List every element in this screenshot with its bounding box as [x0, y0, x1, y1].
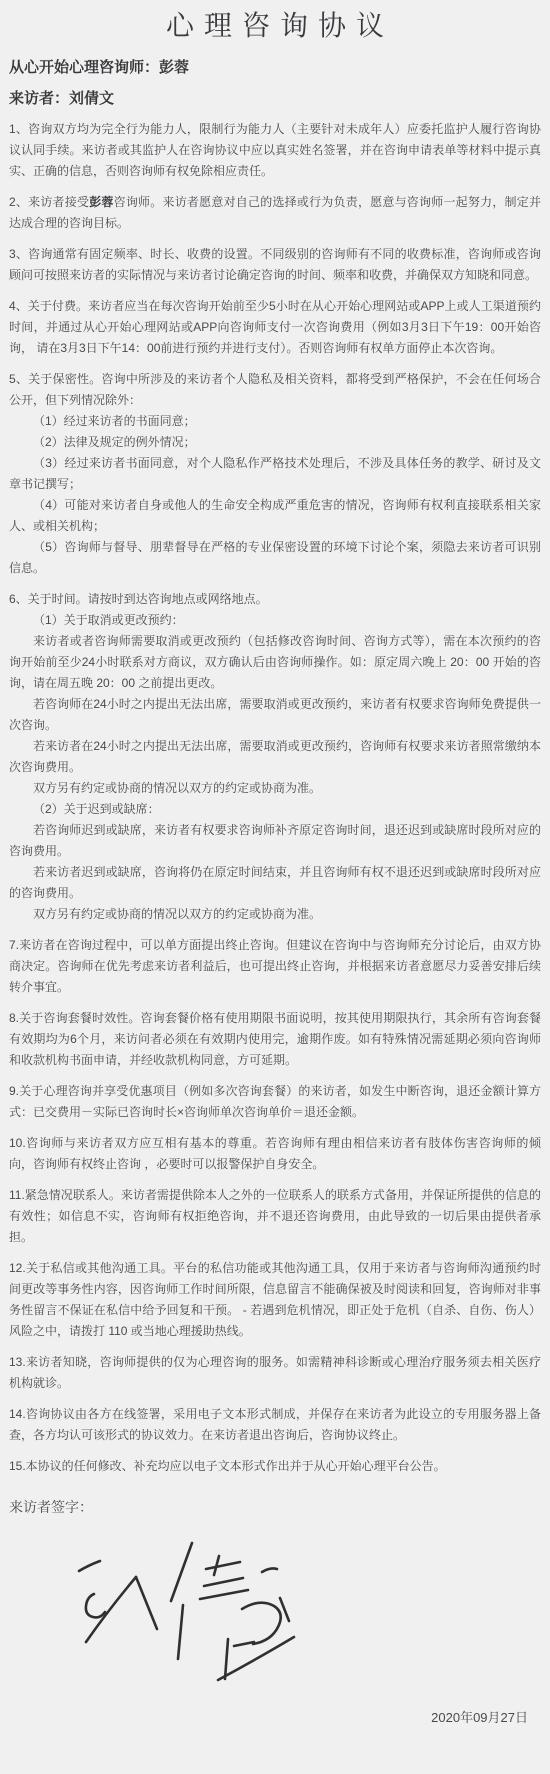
agreement-subclause: （1）经过来访者的书面同意；	[9, 411, 541, 432]
counselor-line: 从心开始心理咨询师：彭蓉	[9, 58, 541, 78]
agreement-subclause: 若咨询师在24小时之内提出无法出席，需要取消或更改预约，来访者有权要求咨询师免费…	[9, 694, 541, 736]
agreement-subclause: （3）经过来访者书面同意，对个人隐私作严格技术处理后，不涉及具体任务的教学、研讨…	[9, 453, 541, 495]
agreement-clause: 14.咨询协议由各方在线签署，采用电子文本形式制成，并保存在来访者为此设立的专用…	[9, 1404, 541, 1446]
agreement-document: 心理咨询协议 从心开始心理咨询师：彭蓉 来访者：刘倩文 1、咨询双方均为完全行为…	[0, 0, 550, 1774]
agreement-clause: 2、来访者接受彭蓉咨询师。来访者愿意对自己的选择或行为负责，愿意与咨询师一起努力…	[9, 192, 541, 234]
agreement-subclause: 双方另有约定或协商的情况以双方的约定或协商为准。	[9, 904, 541, 925]
agreement-subclause: （5）咨询师与督导、朋辈督导在严格的专业保密设置的环境下讨论个案，须隐去来访者可…	[9, 537, 541, 579]
agreement-clause: 1、咨询双方均为完全行为能力人，限制行为能力人（主要针对未成年人）应委托监护人履…	[9, 119, 541, 182]
agreement-clause: 13.来访者知晓，咨询师提供的仅为心理咨询的服务。如需精神科诊断或心理治疗服务须…	[9, 1352, 541, 1394]
agreement-clause: 9.关于心理咨询并享受优惠项目（例如多次咨询套餐）的来访者，如发生中断咨询，退还…	[9, 1081, 541, 1123]
agreement-clause: 6、关于时间。请按时到达咨询地点或网络地点。	[9, 589, 541, 610]
agreement-subclause: （2）法律及规定的例外情况；	[9, 432, 541, 453]
agreement-clause: 11.紧急情况联系人。来访者需提供除本人之外的一位联系人的联系方式备用，并保证所…	[9, 1185, 541, 1248]
agreement-clause: 7.来访者在咨询过程中，可以单方面提出终止咨询。但建议在咨询中与咨询师充分讨论后…	[9, 935, 541, 998]
agreement-clause: 10.咨询师与来访者双方应互相有基本的尊重。若咨询师有理由相信来访者有肢体伤害咨…	[9, 1133, 541, 1175]
handwritten-signature-scribble	[61, 1527, 321, 1695]
signature-label: 来访者签字：	[9, 1497, 541, 1517]
agreement-subclause: （4）可能对来访者自身或他人的生命安全构成严重危害的情况，咨询师有权利直接联系相…	[9, 495, 541, 537]
visitor-line: 来访者：刘倩文	[9, 89, 541, 109]
agreement-clause: 15.本协议的任何修改、补充均应以电子文本形式作出并于从心开始心理平台公告。	[9, 1456, 541, 1477]
agreement-body: 1、咨询双方均为完全行为能力人，限制行为能力人（主要针对未成年人）应委托监护人履…	[9, 119, 541, 1477]
agreement-subclause: 双方另有约定或协商的情况以双方的约定或协商为准。	[9, 778, 541, 799]
signature-date: 2020年09月27日	[9, 1709, 541, 1727]
agreement-subclause: （1）关于取消或更改预约：	[9, 610, 541, 631]
agreement-subclause: 若来访者在24小时之内提出无法出席，需要取消或更改预约，咨询师有权要求来访者照常…	[9, 736, 541, 778]
agreement-clause: 12.关于私信或其他沟通工具。平台的私信功能或其他沟通工具，仅用于来访者与咨询师…	[9, 1258, 541, 1342]
agreement-subclause: 若咨询师迟到或缺席，来访者有权要求咨询师补齐原定咨询时间，退还迟到或缺席时段所对…	[9, 820, 541, 862]
page-title: 心理咨询协议	[9, 8, 541, 44]
agreement-subclause: 若来访者迟到或缺席，咨询将仍在原定时间结束，并且咨询师有权不退还迟到或缺席时段所…	[9, 862, 541, 904]
visitor-signature	[61, 1527, 321, 1695]
agreement-clause: 8.关于咨询套餐时效性。咨询套餐价格有使用期限书面说明，按其使用期限执行，其余所…	[9, 1008, 541, 1071]
agreement-clause: 4、关于付费。来访者应当在每次咨询开始前至少5小时在从心开始心理网站或APP上或…	[9, 296, 541, 359]
agreement-subclause: 来访者或者咨询师需要取消或更改预约（包括修改咨询时间、咨询方式等），需在本次预约…	[9, 631, 541, 694]
agreement-subclause: （2）关于迟到或缺席：	[9, 799, 541, 820]
agreement-clause: 5、关于保密性。咨询中所涉及的来访者个人隐私及相关资料，都将受到严格保护，不会在…	[9, 369, 541, 411]
agreement-clause: 3、咨询通常有固定频率、时长、收费的设置。不同级别的咨询师有不同的收费标准，咨询…	[9, 244, 541, 286]
